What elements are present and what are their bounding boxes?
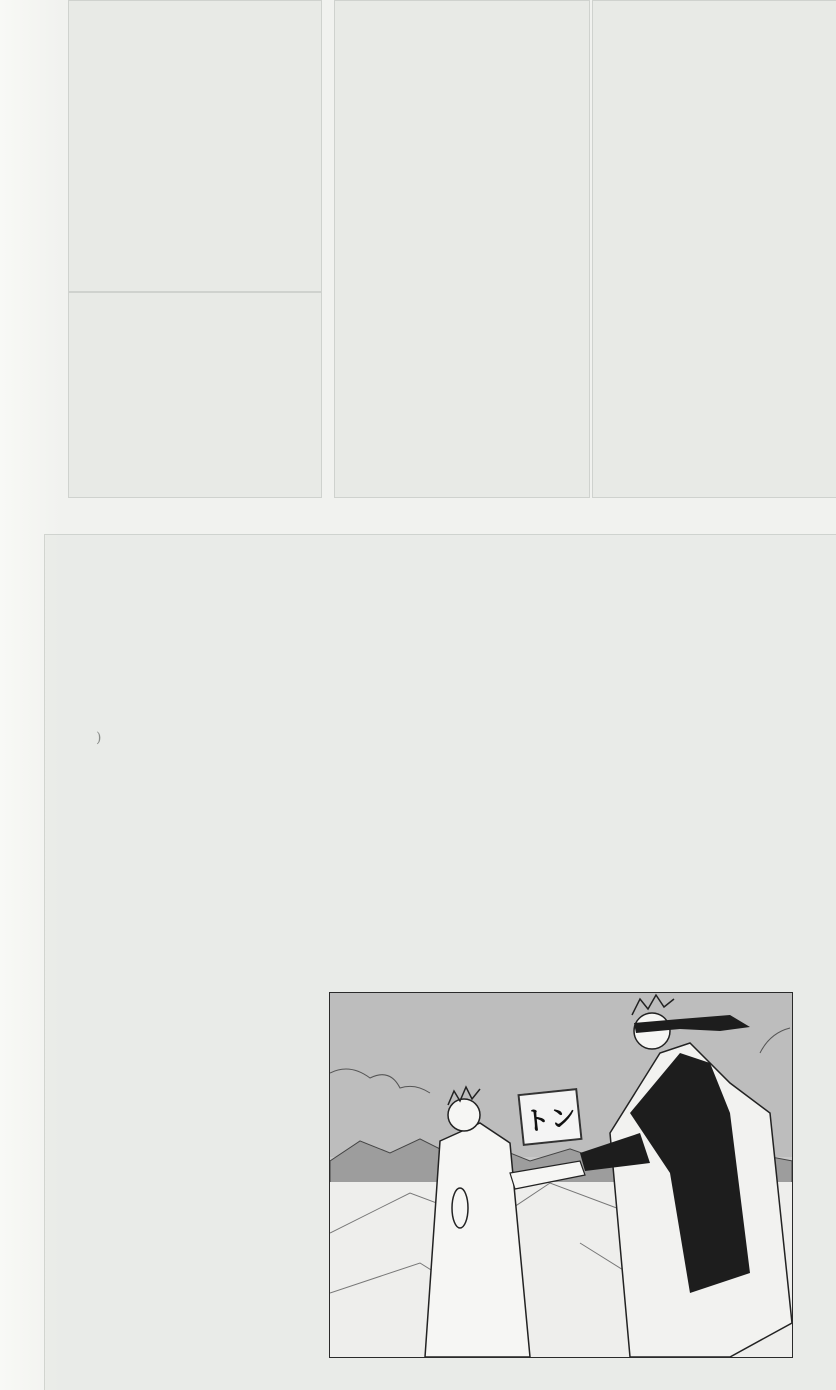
faded-panel-top-center [334, 0, 590, 498]
faded-panel-mid-left [68, 292, 322, 498]
panel-artwork [330, 993, 792, 1357]
faded-panel-top-right [592, 0, 836, 498]
main-panel: トン [329, 992, 793, 1358]
sound-effect-sign: トン [517, 1088, 582, 1146]
stray-mark: ) [96, 730, 101, 746]
faded-panel-top-left [68, 0, 322, 292]
